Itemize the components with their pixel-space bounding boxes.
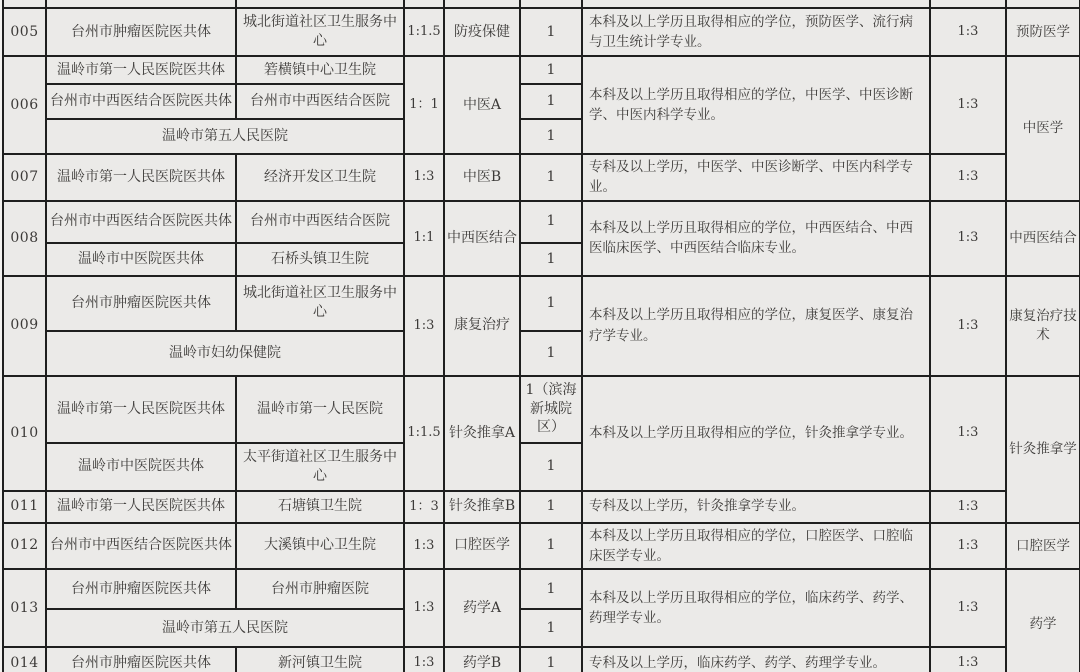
exam-ratio-cell: 1:3: [930, 647, 1006, 672]
seq-cell: 013: [3, 569, 46, 647]
requirement-cell: 本科及以上学历且取得相应的学位，中医学、中医诊断学、中医内科学专业。: [582, 56, 930, 154]
position-cell: 防疫保健: [444, 8, 520, 56]
unit-cell: 城北街道社区卫生服务中心: [236, 276, 404, 331]
major-cell: 康复治疗技术: [1006, 276, 1080, 376]
position-cell: 中西医结合: [444, 201, 520, 276]
requirement-cell: 专科及以上学历，中医学、中医诊断学、中医内科学专业。: [582, 154, 930, 201]
ratio-cell: 1:3: [404, 276, 444, 376]
count-cell: 1: [520, 523, 582, 570]
requirement-cell: 本科及以上学历且取得相应的学位，口腔医学、口腔临床医学专业。: [582, 523, 930, 570]
unit-cell: 太平街道社区卫生服务中心: [236, 443, 404, 491]
count-cell: 1: [520, 56, 582, 84]
seq-cell: 008: [3, 201, 46, 276]
seq-cell: 014: [3, 647, 46, 672]
table-row: 005 台州市肿瘤医院医共体 城北街道社区卫生服务中心 1:1.5 防疫保健 1…: [3, 8, 1080, 56]
unit-cell: 台州市肿瘤医院: [236, 569, 404, 609]
merged-unit-cell: 温岭市第五人民医院: [46, 119, 404, 154]
table-row: 009 台州市肿瘤医院医共体 城北街道社区卫生服务中心 1:3 康复治疗 1 本…: [3, 276, 1080, 331]
major-cell: 预防医学: [1006, 8, 1080, 56]
table-row: 007 温岭市第一人民医院医共体 经济开发区卫生院 1:3 中医B 1 专科及以…: [3, 154, 1080, 201]
count-cell: 1: [520, 154, 582, 201]
table-row: 010 温岭市第一人民医院医共体 温岭市第一人民医院 1:1.5 针灸推拿A 1…: [3, 376, 1080, 443]
table-row: 012 台州市中西医结合医院医共体 大溪镇中心卫生院 1:3 口腔医学 1 本科…: [3, 523, 1080, 570]
spacer-cell: [404, 0, 444, 8]
count-cell: 1: [520, 647, 582, 672]
unit-cell: 台州市中西医结合医院: [236, 201, 404, 243]
count-cell: 1（滨海新城院区）: [520, 376, 582, 443]
count-cell: 1: [520, 201, 582, 243]
position-cell: 药学B: [444, 647, 520, 672]
ratio-cell: 1：1: [404, 56, 444, 154]
table-row: 008 台州市中西医结合医院医共体 台州市中西医结合医院 1:1 中西医结合 1…: [3, 201, 1080, 243]
count-cell: 1: [520, 331, 582, 376]
position-cell: 口腔医学: [444, 523, 520, 570]
org-cell: 台州市肿瘤医院医共体: [46, 647, 236, 672]
org-cell: 温岭市中医院医共体: [46, 243, 236, 276]
seq-cell: 005: [3, 8, 46, 56]
position-cell: 中医B: [444, 154, 520, 201]
position-cell: 中医A: [444, 56, 520, 154]
requirement-cell: 专科及以上学历，临床药学、药学、药理学专业。: [582, 647, 930, 672]
spacer-cell: [444, 0, 520, 8]
major-cell: 针灸推拿学: [1006, 376, 1080, 523]
position-cell: 针灸推拿B: [444, 491, 520, 523]
spacer-cell: [3, 0, 46, 8]
org-cell: 台州市肿瘤医院医共体: [46, 8, 236, 56]
count-cell: 1: [520, 276, 582, 331]
org-cell: 温岭市第一人民医院医共体: [46, 154, 236, 201]
exam-ratio-cell: 1:3: [930, 376, 1006, 491]
exam-ratio-cell: 1:3: [930, 276, 1006, 376]
table-row: [3, 0, 1080, 8]
ratio-cell: 1：3: [404, 491, 444, 523]
ratio-cell: 1:3: [404, 154, 444, 201]
exam-ratio-cell: 1:3: [930, 56, 1006, 154]
requirement-cell: 本科及以上学历且取得相应的学位，康复医学、康复治疗学专业。: [582, 276, 930, 376]
seq-cell: 010: [3, 376, 46, 491]
count-cell: 1: [520, 609, 582, 647]
exam-ratio-cell: 1:3: [930, 201, 1006, 276]
org-cell: 台州市肿瘤医院医共体: [46, 569, 236, 609]
position-cell: 药学A: [444, 569, 520, 647]
ratio-cell: 1:1.5: [404, 376, 444, 491]
unit-cell: 石塘镇卫生院: [236, 491, 404, 523]
seq-cell: 011: [3, 491, 46, 523]
seq-cell: 007: [3, 154, 46, 201]
requirement-cell: 本科及以上学历且取得相应的学位，中西医结合、中西医临床医学、中西医结合临床专业。: [582, 201, 930, 276]
unit-cell: 大溪镇中心卫生院: [236, 523, 404, 570]
unit-cell: 经济开发区卫生院: [236, 154, 404, 201]
ratio-cell: 1:3: [404, 569, 444, 647]
major-cell: 中西医结合: [1006, 201, 1080, 276]
unit-cell: 温岭市第一人民医院: [236, 376, 404, 443]
requirement-cell: 专科及以上学历，针灸推拿学专业。: [582, 491, 930, 523]
org-cell: 台州市中西医结合医院医共体: [46, 201, 236, 243]
org-cell: 温岭市第一人民医院医共体: [46, 376, 236, 443]
major-cell: 药学: [1006, 569, 1080, 672]
org-cell: 温岭市第一人民医院医共体: [46, 56, 236, 84]
unit-cell: 新河镇卫生院: [236, 647, 404, 672]
count-cell: 1: [520, 569, 582, 609]
major-cell: 口腔医学: [1006, 523, 1080, 570]
table-row: 014 台州市肿瘤医院医共体 新河镇卫生院 1:3 药学B 1 专科及以上学历，…: [3, 647, 1080, 672]
ratio-cell: 1:3: [404, 647, 444, 672]
spacer-cell: [46, 0, 236, 8]
exam-ratio-cell: 1:3: [930, 154, 1006, 201]
unit-cell: 城北街道社区卫生服务中心: [236, 8, 404, 56]
spacer-cell: [236, 0, 404, 8]
ratio-cell: 1:1.5: [404, 8, 444, 56]
exam-ratio-cell: 1:3: [930, 8, 1006, 56]
org-cell: 台州市中西医结合医院医共体: [46, 84, 236, 119]
recruitment-table: 005 台州市肿瘤医院医共体 城北街道社区卫生服务中心 1:1.5 防疫保健 1…: [2, 0, 1080, 672]
org-cell: 台州市肿瘤医院医共体: [46, 276, 236, 331]
count-cell: 1: [520, 243, 582, 276]
requirement-cell: 本科及以上学历且取得相应的学位，针灸推拿学专业。: [582, 376, 930, 491]
count-cell: 1: [520, 443, 582, 491]
org-cell: 温岭市第一人民医院医共体: [46, 491, 236, 523]
seq-cell: 006: [3, 56, 46, 154]
position-cell: 康复治疗: [444, 276, 520, 376]
exam-ratio-cell: 1:3: [930, 523, 1006, 570]
spacer-cell: [1006, 0, 1080, 8]
table-row: 013 台州市肿瘤医院医共体 台州市肿瘤医院 1:3 药学A 1 本科及以上学历…: [3, 569, 1080, 609]
exam-ratio-cell: 1:3: [930, 491, 1006, 523]
count-cell: 1: [520, 491, 582, 523]
major-cell: 中医学: [1006, 56, 1080, 201]
count-cell: 1: [520, 8, 582, 56]
unit-cell: 箬横镇中心卫生院: [236, 56, 404, 84]
unit-cell: 石桥头镇卫生院: [236, 243, 404, 276]
org-cell: 台州市中西医结合医院医共体: [46, 523, 236, 570]
table-row: 011 温岭市第一人民医院医共体 石塘镇卫生院 1：3 针灸推拿B 1 专科及以…: [3, 491, 1080, 523]
ratio-cell: 1:1: [404, 201, 444, 276]
spacer-cell: [930, 0, 1006, 8]
org-cell: 温岭市中医院医共体: [46, 443, 236, 491]
spacer-cell: [520, 0, 582, 8]
count-cell: 1: [520, 84, 582, 119]
ratio-cell: 1:3: [404, 523, 444, 570]
position-cell: 针灸推拿A: [444, 376, 520, 491]
merged-unit-cell: 温岭市妇幼保健院: [46, 331, 404, 376]
seq-cell: 009: [3, 276, 46, 376]
merged-unit-cell: 温岭市第五人民医院: [46, 609, 404, 647]
table-row: 006 温岭市第一人民医院医共体 箬横镇中心卫生院 1：1 中医A 1 本科及以…: [3, 56, 1080, 84]
count-cell: 1: [520, 119, 582, 154]
seq-cell: 012: [3, 523, 46, 570]
unit-cell: 台州市中西医结合医院: [236, 84, 404, 119]
spacer-cell: [582, 0, 930, 8]
exam-ratio-cell: 1:3: [930, 569, 1006, 647]
requirement-cell: 本科及以上学历且取得相应的学位，临床药学、药学、药理学专业。: [582, 569, 930, 647]
requirement-cell: 本科及以上学历且取得相应的学位，预防医学、流行病与卫生统计学专业。: [582, 8, 930, 56]
